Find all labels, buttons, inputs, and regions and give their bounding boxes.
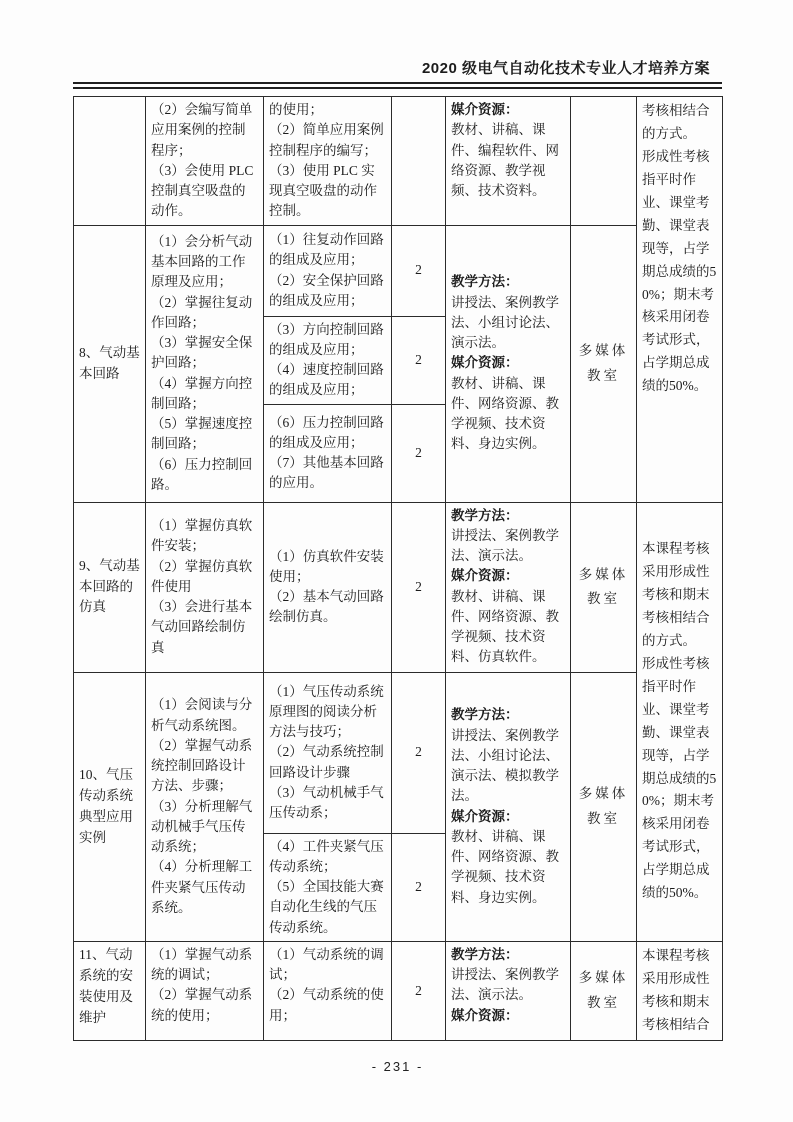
media-label: 媒介资源： (451, 1006, 565, 1026)
assessment-cell: 本课程考核采用形成性考核和期末考核相结合 (637, 941, 723, 1040)
objectives-cell: （1）掌握气动系统的调试； （2）掌握气动系统的使用； (146, 941, 264, 1040)
classroom-cell: 多媒体教室 (571, 672, 637, 941)
methods-label: 教学方法： (451, 705, 565, 725)
methods-cell: 媒介资源： 教材、讲稿、课件、编程软件、网络资源、教学视频、技术资料。 (446, 97, 571, 226)
hours-cell: 2 (392, 316, 446, 404)
media-text: 教材、讲稿、课件、网络资源、教学视频、技术资料、仿真软件。 (451, 587, 565, 668)
content-cell: （3）方向控制回路的组成及应用； （4）速度控制回路的组成及应用； (264, 316, 392, 404)
section-label: 11、气动系统的安装使用及维护 (74, 941, 146, 1040)
methods-cell: 教学方法： 讲授法、案例教学法、演示法。 媒介资源： (446, 941, 571, 1040)
content-cell: 的使用； （2）简单应用案例控制程序的编写； （3）使用 PLC 实现真空吸盘的… (264, 97, 392, 226)
methods-label: 教学方法： (451, 945, 565, 965)
content-cell: （1）气压传动系统原理图的阅读分析方法与技巧； （2）气动系统控制回路设计步骤 … (264, 672, 392, 833)
methods-text: 讲授法、案例教学法、演示法。 (451, 526, 565, 567)
media-text: 教材、讲稿、课件、编程软件、网络资源、教学视频、技术资料。 (451, 120, 565, 201)
media-label: 媒介资源： (451, 566, 565, 586)
methods-cell: 教学方法： 讲授法、案例教学法、演示法。 媒介资源： 教材、讲稿、课件、网络资源… (446, 502, 571, 672)
media-label: 媒介资源： (451, 353, 565, 373)
hours-cell-empty (392, 97, 446, 226)
section-label: 8、气动基本回路 (74, 225, 146, 502)
classroom-cell: 多媒体教室 (571, 502, 637, 672)
section-label-cell-empty (74, 97, 146, 226)
media-text: 教材、讲稿、课件、网络资源、教学视频、技术资料、身边实例。 (451, 374, 565, 455)
table-row: 9、气动基本回路的仿真 （1）掌握仿真软件安装； （2）掌握仿真软件使用 （3）… (74, 502, 723, 672)
content-cell: （1）往复动作回路的组成及应用； （2）安全保护回路的组成及应用； (264, 225, 392, 316)
hours-cell: 2 (392, 225, 446, 316)
content-cell: （4）工件夹紧气压传动系统； （5）全国技能大赛自动化生线的气压传动系统。 (264, 833, 392, 941)
methods-text: 讲授法、案例教学法、小组讨论法、演示法。 (451, 293, 565, 354)
classroom-cell: 多媒体教室 (571, 225, 637, 502)
objectives-cell: （1）掌握仿真软件安装； （2）掌握仿真软件使用 （3）会进行基本气动回路绘制仿… (146, 502, 264, 672)
objectives-cell: （1）会阅读与分析气动系统图。 （2）掌握气动系统控制回路设计方法、步骤； （3… (146, 672, 264, 941)
objectives-cell: （1）会分析气动基本回路的工作原理及应用； （2）掌握往复动作回路； （3）掌握… (146, 225, 264, 502)
table-row: 11、气动系统的安装使用及维护 （1）掌握气动系统的调试； （2）掌握气动系统的… (74, 941, 723, 1040)
media-text: 教材、讲稿、课件、网络资源、教学视频、技术资料、身边实例。 (451, 827, 565, 908)
media-label: 媒介资源： (451, 100, 565, 120)
curriculum-table: （2）会编写简单应用案例的控制程序； （3）会使用 PLC 控制真空吸盘的动作。… (73, 96, 723, 1041)
methods-text: 讲授法、案例教学法、演示法。 (451, 965, 565, 1006)
classroom-cell: 多媒体教室 (571, 941, 637, 1040)
hours-cell: 2 (392, 502, 446, 672)
content-cell: （6）压力控制回路的组成及应用； （7）其他基本回路的应用。 (264, 404, 392, 502)
content-cell: （1）仿真软件安装使用； （2）基本气动回路绘制仿真。 (264, 502, 392, 672)
methods-text: 讲授法、案例教学法、小组讨论法、演示法、模拟教学法。 (451, 726, 565, 807)
page: 2020 级电气自动化技术专业人才培养方案 （2）会编写简单应用案例的控制程序；… (0, 0, 793, 1122)
content-cell: （1）气动系统的调试； （2）气动系统的使用； (264, 941, 392, 1040)
section-label: 10、气压传动系统典型应用实例 (74, 672, 146, 941)
section-label: 9、气动基本回路的仿真 (74, 502, 146, 672)
methods-label: 教学方法： (451, 506, 565, 526)
page-number: - 231 - (73, 1057, 722, 1077)
table-row: 10、气压传动系统典型应用实例 （1）会阅读与分析气动系统图。 （2）掌握气动系… (74, 672, 723, 833)
header-rule (73, 82, 722, 89)
methods-cell: 教学方法： 讲授法、案例教学法、小组讨论法、演示法、模拟教学法。 媒介资源： 教… (446, 672, 571, 941)
hours-cell: 2 (392, 833, 446, 941)
methods-cell: 教学方法： 讲授法、案例教学法、小组讨论法、演示法。 媒介资源： 教材、讲稿、课… (446, 225, 571, 502)
assessment-cell: 本课程考核采用形成性考核和期末考核相结合的方式。 形成性考核指平时作业、课堂考勤… (637, 502, 723, 941)
assessment-cell: 考核相结合的方式。 形成性考核指平时作业、课堂考勤、课堂表现等，占学期总成绩的5… (637, 97, 723, 503)
media-label: 媒介资源： (451, 807, 565, 827)
hours-cell: 2 (392, 941, 446, 1040)
objectives-cell: （2）会编写简单应用案例的控制程序； （3）会使用 PLC 控制真空吸盘的动作。 (146, 97, 264, 226)
hours-cell: 2 (392, 404, 446, 502)
table-row: （2）会编写简单应用案例的控制程序； （3）会使用 PLC 控制真空吸盘的动作。… (74, 97, 723, 226)
document-title: 2020 级电气自动化技术专业人才培养方案 (73, 60, 722, 78)
methods-label: 教学方法： (451, 272, 565, 292)
page-content: 2020 级电气自动化技术专业人才培养方案 （2）会编写简单应用案例的控制程序；… (73, 0, 722, 1076)
table-row: 8、气动基本回路 （1）会分析气动基本回路的工作原理及应用； （2）掌握往复动作… (74, 225, 723, 316)
hours-cell: 2 (392, 672, 446, 833)
classroom-cell-empty (571, 97, 637, 226)
